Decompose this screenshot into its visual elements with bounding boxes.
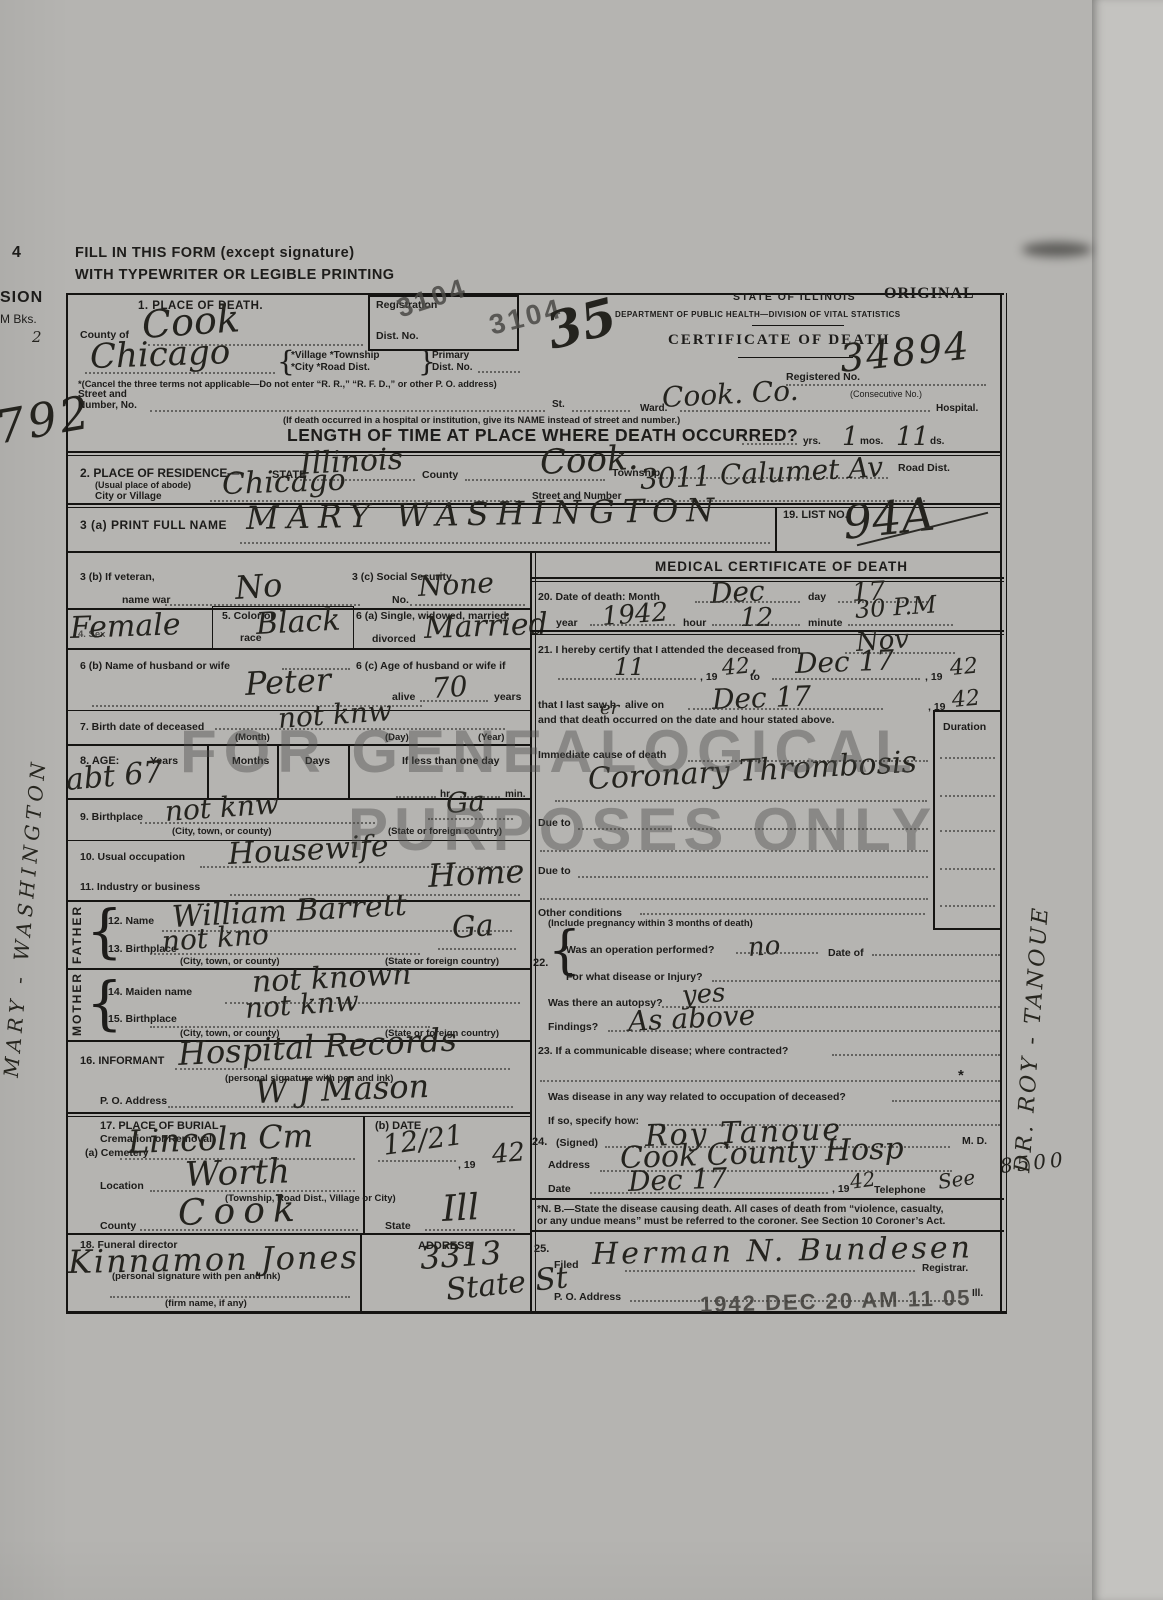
primary-dist-no-label: Dist. No. bbox=[432, 363, 473, 374]
burial-state-label: State bbox=[385, 1221, 411, 1232]
related-asterisk: * bbox=[958, 1068, 964, 1084]
attended-to-year: 42 bbox=[949, 656, 979, 680]
section-rule bbox=[530, 1198, 1004, 1200]
dist-no-handwritten: 35 bbox=[542, 291, 622, 357]
telephone-label: Telephone bbox=[874, 1185, 926, 1196]
birthplace-value: not knw bbox=[164, 790, 280, 826]
dotted-rule bbox=[150, 410, 545, 412]
residence-county-label: County bbox=[422, 470, 458, 481]
death-day-label: day bbox=[808, 592, 826, 603]
birthplace-label: 9. Birthplace bbox=[80, 812, 143, 823]
dotted-rule bbox=[940, 757, 995, 759]
form-border-right bbox=[1000, 293, 1002, 1313]
filing-po-label: P. O. Address bbox=[554, 1292, 621, 1303]
dotted-rule bbox=[240, 542, 770, 544]
margin-doctor-vertical: DR. ROY - TANOUE bbox=[1010, 838, 1058, 1174]
certify-label: 21. I hereby certify that I attended the… bbox=[538, 645, 801, 656]
color-value: Black bbox=[255, 606, 341, 640]
original-label: ORIGINAL bbox=[884, 286, 975, 303]
form-instruction-line1: FILL IN THIS FORM (except signature) bbox=[75, 246, 355, 261]
list-no-divider bbox=[775, 507, 777, 551]
st-label: St. bbox=[552, 400, 565, 411]
street-label-1: Street and bbox=[78, 390, 127, 401]
days-value: 11 bbox=[896, 424, 929, 450]
dotted-rule bbox=[378, 1160, 456, 1162]
husband-label: 6 (b) Name of husband or wife bbox=[80, 661, 230, 672]
dotted-rule bbox=[640, 913, 925, 915]
city-or-village-label: City or Village bbox=[95, 492, 162, 503]
ssn-value: None bbox=[417, 569, 494, 601]
watermark-line1: FOR GENEALOGICAL bbox=[180, 722, 919, 782]
marital-value: Married bbox=[423, 610, 548, 644]
cancel-note: *(Cancel the three terms not applicable—… bbox=[78, 380, 497, 390]
dotted-rule bbox=[578, 876, 928, 878]
state-of-illinois: STATE OF ILLINOIS bbox=[733, 292, 856, 303]
death-minute-value: 30 P.M bbox=[854, 592, 937, 622]
section-rule bbox=[530, 581, 1004, 582]
death-hour-value: 12 bbox=[740, 605, 773, 631]
dotted-rule bbox=[940, 830, 995, 832]
city-of-death-value: Chicago bbox=[89, 335, 230, 374]
industry-label: 11. Industry or business bbox=[80, 882, 200, 893]
print-full-name-label: 3 (a) PRINT FULL NAME bbox=[80, 519, 227, 532]
scan-smudge bbox=[1022, 242, 1092, 257]
dotted-rule bbox=[540, 898, 928, 900]
section-22-number: 22. bbox=[533, 958, 548, 970]
street-label-2: Number, No. bbox=[78, 401, 137, 412]
nb-note-line2: or any undue means” must be referred to … bbox=[537, 1217, 945, 1228]
ornament-rule bbox=[752, 325, 844, 326]
operation-value: no bbox=[747, 933, 781, 961]
veteran-value: No bbox=[234, 569, 283, 604]
certificate-date-label: Date bbox=[548, 1184, 571, 1195]
years-label: years bbox=[494, 692, 521, 703]
burial-location-label: Location bbox=[100, 1181, 144, 1192]
section-rule bbox=[530, 634, 1004, 635]
city-roaddist-terms: *City *Road Dist. bbox=[291, 363, 370, 374]
margin-cut-text: SION bbox=[0, 290, 43, 307]
dotted-rule bbox=[140, 1229, 358, 1231]
dotted-rule bbox=[140, 822, 375, 824]
dotted-rule bbox=[872, 954, 1000, 956]
mother-birthplace-label: 15. Birthplace bbox=[108, 1014, 177, 1025]
dotted-rule bbox=[625, 1270, 915, 1272]
date-of-label: Date of bbox=[828, 948, 864, 959]
dotted-rule bbox=[590, 1192, 828, 1194]
dotted-rule bbox=[465, 479, 605, 481]
nb-note-line1: *N. B.—State the disease causing death. … bbox=[537, 1205, 944, 1216]
filed-label: Filed bbox=[554, 1260, 579, 1271]
death-minute-label: minute bbox=[808, 618, 842, 629]
section-rule bbox=[66, 551, 1002, 553]
abode-note: (Usual place of abode) bbox=[95, 481, 191, 490]
length-of-time-heading: LENGTH OF TIME AT PLACE WHERE DEATH OCCU… bbox=[287, 426, 798, 444]
death-hour-label: hour bbox=[683, 618, 706, 629]
margin-cut-text: 4 bbox=[12, 245, 21, 262]
mother-birthplace-value: not knw bbox=[244, 987, 360, 1023]
alive-on-label: alive on bbox=[625, 700, 664, 711]
husband-value: Peter bbox=[244, 664, 332, 700]
father-name-label: 12. Name bbox=[108, 916, 154, 927]
father-birthplace-value: not kno bbox=[161, 921, 270, 956]
mother-maiden-label: 14. Maiden name bbox=[108, 987, 192, 998]
form-instruction-line2: WITH TYPEWRITER OR LEGIBLE PRINTING bbox=[75, 268, 395, 283]
signed-label: (Signed) bbox=[556, 1138, 598, 1149]
dotted-rule bbox=[572, 410, 630, 412]
residence-label: 2. PLACE OF RESIDENCE— bbox=[80, 467, 239, 480]
md-label: M. D. bbox=[962, 1136, 987, 1147]
dotted-rule bbox=[558, 678, 696, 680]
row-rule bbox=[66, 1233, 530, 1235]
burial-date-value: 12/21 bbox=[381, 1121, 465, 1160]
duration-box-bottom bbox=[933, 928, 1002, 930]
burial-date-year: 42 bbox=[491, 1139, 526, 1168]
telephone-value: See bbox=[937, 1167, 977, 1192]
margin-scribble: 2 bbox=[32, 330, 42, 345]
comma-19-d: , 19 bbox=[832, 1184, 850, 1195]
row-rule bbox=[66, 648, 530, 650]
attended-to-value: Dec 17 bbox=[795, 647, 895, 678]
operation-label: Was an operation performed? bbox=[566, 945, 714, 956]
dotted-rule bbox=[478, 371, 520, 373]
dotted-rule bbox=[85, 372, 275, 374]
informant-label: 16. INFORMANT bbox=[80, 1056, 164, 1068]
hospital-label: Hospital. bbox=[936, 404, 978, 415]
ssn-label-2: No. bbox=[392, 595, 409, 606]
specify-how-label: If so, specify how: bbox=[548, 1116, 639, 1127]
form-border-right-inner bbox=[1006, 293, 1007, 1313]
burial-date-19: , 19 bbox=[458, 1160, 476, 1171]
dotted-rule bbox=[425, 1229, 515, 1231]
dotted-rule bbox=[410, 604, 525, 606]
dotted-rule bbox=[590, 624, 675, 626]
section-25-number: 25. bbox=[534, 1244, 549, 1256]
sex-value: Female bbox=[69, 610, 181, 644]
primary-label: Primary bbox=[432, 351, 469, 362]
dotted-rule bbox=[736, 952, 818, 954]
informant-po-label: P. O. Address bbox=[100, 1096, 167, 1107]
full-name-value: MARY WASHINGTON bbox=[246, 494, 723, 534]
findings-label: Findings? bbox=[548, 1022, 598, 1033]
village-township-terms: *Village *Township bbox=[291, 351, 380, 362]
dotted-rule bbox=[940, 905, 995, 907]
veteran-label-2: name war bbox=[122, 595, 170, 606]
department-line: DEPARTMENT OF PUBLIC HEALTH—DIVISION OF … bbox=[615, 311, 901, 319]
last-saw-year: 42 bbox=[951, 688, 981, 712]
veteran-label-1: 3 (b) If veteran, bbox=[80, 572, 155, 583]
dotted-rule bbox=[680, 410, 930, 412]
dotted-rule bbox=[742, 443, 797, 445]
consecutive-no-label: (Consecutive No.) bbox=[850, 390, 922, 399]
comma-19-b: , 19 bbox=[925, 672, 943, 683]
dotted-rule bbox=[438, 948, 516, 950]
dotted-rule bbox=[940, 795, 995, 797]
filing-state-label: Ill. bbox=[972, 1289, 983, 1300]
road-dist-label: Road Dist. bbox=[898, 463, 950, 474]
father-birthplace-state: Ga bbox=[451, 911, 495, 944]
form-border-left bbox=[66, 293, 68, 1313]
dotted-rule bbox=[892, 1100, 1000, 1102]
attended-from-day: 11 bbox=[614, 655, 645, 679]
section-rule bbox=[530, 577, 1004, 579]
section-24-number: 24. bbox=[532, 1137, 547, 1149]
mother-side-label: MOTHER bbox=[70, 978, 84, 1036]
duration-label: Duration bbox=[943, 722, 986, 733]
dotted-rule bbox=[786, 384, 986, 386]
dotted-rule bbox=[168, 1106, 513, 1108]
burial-state-value: Ill bbox=[441, 1190, 480, 1228]
medical-certificate-title: MEDICAL CERTIFICATE OF DEATH bbox=[655, 560, 908, 574]
physician-address-label: Address bbox=[548, 1160, 590, 1171]
death-year-label: year bbox=[556, 618, 578, 629]
ds-label: ds. bbox=[930, 437, 944, 448]
occupation-label: 10. Usual occupation bbox=[80, 852, 185, 863]
dotted-rule bbox=[420, 700, 488, 702]
form-border-top bbox=[66, 293, 1004, 295]
page-edge-strip bbox=[1092, 0, 1163, 1600]
ornament-rule bbox=[738, 357, 853, 358]
burial-county-label: County bbox=[100, 1221, 136, 1232]
spouse-age-label: 6 (c) Age of husband or wife if bbox=[356, 661, 506, 672]
alive-label: alive bbox=[392, 692, 415, 703]
comma-19-a: , 19 bbox=[700, 672, 718, 683]
dotted-rule bbox=[712, 624, 800, 626]
duration-box-top bbox=[933, 710, 1002, 712]
father-side-label: FATHER bbox=[70, 906, 84, 964]
firm-name-note: (firm name, if any) bbox=[165, 1299, 247, 1309]
certificate-date-year: 42 bbox=[849, 1169, 877, 1192]
communicable-label: 23. If a communicable disease; where con… bbox=[538, 1046, 788, 1057]
margin-name-vertical: MARY - WASHINGTON bbox=[0, 728, 53, 1079]
registrar-signature: Herman N. Bundesen bbox=[592, 1233, 973, 1270]
dotted-rule bbox=[150, 953, 420, 955]
dotted-rule bbox=[608, 1030, 1000, 1032]
dist-no-label: Dist. No. bbox=[376, 331, 419, 342]
death-certificate-scan: 4 SION M Bks. 2 792 MARY - WASHINGTON DR… bbox=[0, 0, 1163, 1600]
mos-label: mos. bbox=[860, 437, 883, 448]
watermark-line2: PURPOSES ONLY bbox=[348, 800, 937, 860]
funeral-divider bbox=[360, 1235, 362, 1311]
registrar-label: Registrar. bbox=[922, 1264, 968, 1275]
informant-po-value: W J Mason bbox=[254, 1070, 429, 1108]
dotted-rule bbox=[540, 1080, 1000, 1082]
funeral-sig-note: (personal signature with pen and ink) bbox=[112, 1272, 280, 1282]
age-value: abt 67 bbox=[65, 758, 164, 796]
yrs-label: yrs. bbox=[803, 437, 821, 448]
dotted-rule bbox=[940, 868, 995, 870]
margin-cut-text: M Bks. bbox=[0, 313, 37, 326]
street-and-number-value: 3011 Calumet Av bbox=[639, 453, 884, 494]
dotted-rule bbox=[712, 980, 1000, 982]
dotted-rule bbox=[832, 1054, 1000, 1056]
due-to-label-2: Due to bbox=[538, 866, 571, 877]
dotted-rule bbox=[688, 708, 883, 710]
related-occupation-label: Was disease in any way related to occupa… bbox=[548, 1092, 846, 1103]
residence-city-value: Chicago bbox=[221, 466, 346, 500]
section-rule bbox=[66, 1112, 530, 1114]
registered-no-value: 34894 bbox=[838, 326, 972, 377]
burial-location-value: Worth bbox=[184, 1154, 290, 1192]
section-rule bbox=[530, 630, 1004, 632]
months-value: 1 bbox=[842, 424, 859, 450]
ward-value: Cook. Co. bbox=[661, 377, 799, 412]
spouse-age-value: 70 bbox=[431, 673, 469, 703]
marital-label-2: divorced bbox=[372, 634, 416, 645]
burial-county-value: Cook bbox=[177, 1192, 303, 1232]
burial-divider bbox=[363, 1116, 365, 1233]
list-no-label: 19. LIST NO. bbox=[783, 510, 848, 522]
